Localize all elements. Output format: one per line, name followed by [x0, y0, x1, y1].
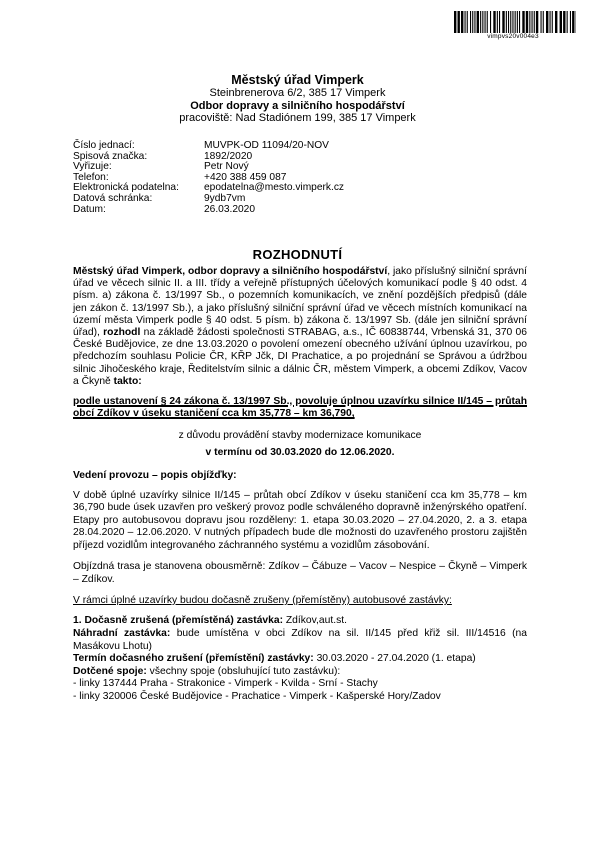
meta-row: Datová schránka:9ydb7vm: [73, 194, 344, 205]
replacement-line: Náhradní zastávka: bude umístěna v obci …: [73, 628, 527, 653]
bus-line-item: - linky 137444 Praha - Strakonice - Vimp…: [73, 678, 527, 691]
organization-address: Steinbrenerova 6/2, 385 17 Vimperk: [0, 87, 595, 100]
barcode-text: vimpvs20v004e3: [458, 33, 568, 40]
traffic-heading: Vedení provozu – popis objížďky:: [73, 470, 527, 482]
meta-row: Datum:26.03.2020: [73, 205, 344, 216]
barcode: [454, 11, 576, 33]
document-body: Městský úřad Vimperk, odbor dopravy a si…: [73, 266, 527, 703]
term-label: Termín dočasného zrušení (přemístění) za…: [73, 653, 314, 664]
detour-paragraph: Objízdná trasa je stanovena obousměrně: …: [73, 561, 527, 586]
term-text: v termínu od 30.03.2020 do 12.06.2020.: [73, 447, 527, 459]
meta-label: Datum:: [73, 205, 204, 216]
lines-value: všechny spoje (obsluhující tuto zastávku…: [147, 666, 340, 677]
meta-label: Číslo jednací:: [73, 141, 204, 152]
intro-bold-mid: rozhodl: [103, 327, 140, 338]
meta-value: 26.03.2020: [204, 205, 255, 216]
intro-bold-start: Městský úřad Vimperk, odbor dopravy a si…: [73, 266, 387, 277]
stop-1-line: 1. Dočasně zrušená (přemístěná) zastávka…: [73, 615, 527, 628]
meta-value: 9ydb7vm: [204, 194, 245, 205]
meta-value: MUVPK-OD 11094/20-NOV: [204, 141, 329, 152]
stop-1-block: 1. Dočasně zrušená (přemístěná) zastávka…: [73, 615, 527, 703]
stops-heading: V rámci úplné uzavírky budou dočasně zru…: [73, 595, 527, 607]
document-title: ROZHODNUTÍ: [0, 248, 595, 262]
stop-label: 1. Dočasně zrušená (přemístěná) zastávka…: [73, 615, 283, 626]
workplace-address: pracoviště: Nad Stadiónem 199, 385 17 Vi…: [0, 112, 595, 125]
bus-line-item: - linky 320006 České Budějovice - Pracha…: [73, 691, 527, 704]
stop-value: Zdíkov,aut.st.: [283, 615, 347, 626]
organization-name: Městský úřad Vimperk: [0, 73, 595, 87]
traffic-paragraph: V době úplné uzavírky silnice II/145 – p…: [73, 490, 527, 552]
term-value: 30.03.2020 - 27.04.2020 (1. etapa): [314, 653, 476, 664]
replacement-label: Náhradní zastávka:: [73, 628, 170, 639]
meta-label: Datová schránka:: [73, 194, 204, 205]
lines-label: Dotčené spoje:: [73, 666, 147, 677]
reason-text: z důvodu provádění stavby modernizace ko…: [73, 430, 527, 442]
reference-block: Číslo jednací:MUVPK-OD 11094/20-NOV Spis…: [73, 141, 344, 215]
intro-paragraph: Městský úřad Vimperk, odbor dopravy a si…: [73, 266, 527, 388]
lines-line: Dotčené spoje: všechny spoje (obsluhujíc…: [73, 666, 527, 679]
decision-statement: podle ustanovení § 24 zákona č. 13/1997 …: [73, 396, 527, 421]
document-header: Městský úřad Vimperk Steinbrenerova 6/2,…: [0, 73, 595, 125]
intro-bold-end: takto:: [114, 376, 142, 387]
department-name: Odbor dopravy a silničního hospodářství: [0, 100, 595, 113]
term-line: Termín dočasného zrušení (přemístění) za…: [73, 653, 527, 666]
meta-row: Číslo jednací:MUVPK-OD 11094/20-NOV: [73, 141, 344, 152]
